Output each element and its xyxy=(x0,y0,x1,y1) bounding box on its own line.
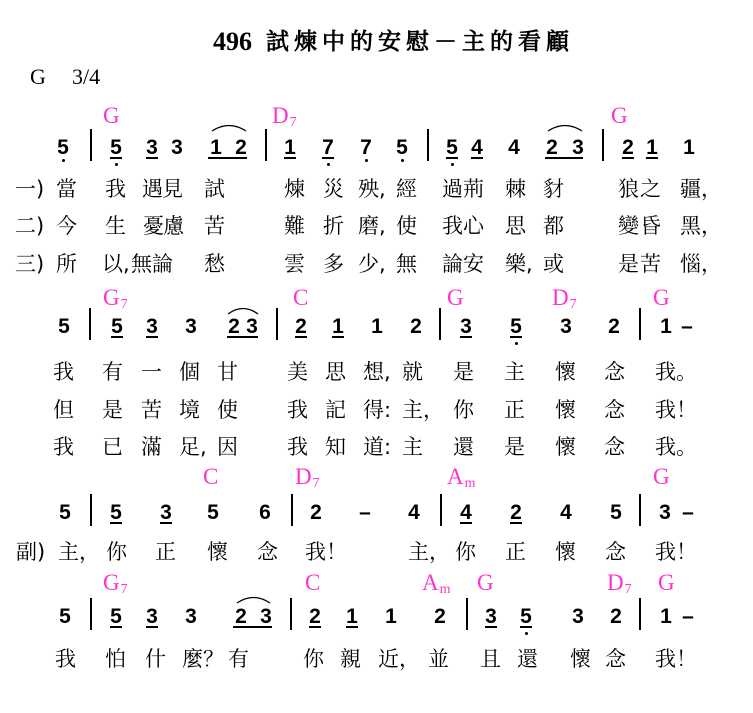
lyric: 慮 xyxy=(163,215,184,237)
lyric: 我 xyxy=(287,436,308,458)
lyric: 一 xyxy=(141,361,162,383)
lyric: 變 xyxy=(618,215,639,237)
chord: D7 xyxy=(607,571,632,598)
lyric: 試 xyxy=(204,178,225,200)
lyric: 已 xyxy=(102,436,123,458)
note: 2 xyxy=(609,606,623,627)
lyric: 懷 xyxy=(555,399,576,421)
note: 2 xyxy=(621,137,635,158)
note: 5 xyxy=(109,137,123,158)
note: 2 xyxy=(433,606,447,627)
chord-root: G xyxy=(477,570,494,595)
note: 7 xyxy=(321,137,335,158)
lyric: 懷 xyxy=(555,436,576,458)
barline xyxy=(439,308,441,340)
note: 2 xyxy=(294,316,308,337)
chord: G7 xyxy=(103,286,128,313)
lyric: 懷 xyxy=(555,541,576,563)
lyric: 以, xyxy=(102,253,130,275)
lyric: 生 xyxy=(105,215,126,237)
chord-root: D xyxy=(607,570,624,595)
note: 5 xyxy=(109,606,123,627)
lyric: 滿 xyxy=(141,436,162,458)
lyric: 無 xyxy=(131,253,152,275)
lyric: 你 xyxy=(303,648,324,670)
chord-root: G xyxy=(653,285,670,310)
note: 1 xyxy=(645,137,659,158)
lyric: 使 xyxy=(217,399,238,421)
lyric: 是 xyxy=(504,436,525,458)
chord: C xyxy=(203,465,219,492)
note: 7 xyxy=(359,137,373,158)
lyric: 或 xyxy=(543,253,564,275)
lyric: 豺 xyxy=(543,178,564,200)
lyric: 正 xyxy=(504,399,525,421)
lyric: 我 xyxy=(442,215,463,237)
lyric: 之 xyxy=(640,178,661,200)
lyric: 主， xyxy=(402,399,444,421)
note: 3 xyxy=(170,137,184,158)
lyric: 念 xyxy=(604,399,625,421)
note: 5 xyxy=(609,502,623,523)
lyric: 你 xyxy=(106,541,127,563)
note: 3 xyxy=(184,606,198,627)
lyric: 苦 xyxy=(204,215,225,237)
lyric: 甘 xyxy=(217,361,238,383)
key-signature: G xyxy=(30,66,46,88)
note: 3 xyxy=(145,137,159,158)
lyric: 主 xyxy=(402,436,423,458)
chord: G xyxy=(477,571,495,598)
barline xyxy=(89,308,91,340)
chord-suffix: m xyxy=(465,476,476,491)
lyric: 思 xyxy=(325,361,346,383)
note: 5 xyxy=(58,606,72,627)
chord-suffix: m xyxy=(440,582,451,597)
lyric: 我 xyxy=(287,399,308,421)
lyric: 災 xyxy=(323,178,344,200)
note: 2 xyxy=(607,316,621,337)
lyric: 遇 xyxy=(142,178,163,200)
barline xyxy=(639,494,641,526)
lyric: 折 xyxy=(323,215,344,237)
slur xyxy=(227,306,259,315)
lyric: 道: xyxy=(363,436,391,458)
lyric: 足, xyxy=(179,436,207,458)
lyric: 是 xyxy=(102,399,123,421)
lyric: 懷 xyxy=(555,361,576,383)
note: 4 xyxy=(459,502,473,523)
barline xyxy=(290,598,292,630)
note: 3 xyxy=(259,606,273,627)
lyric: 我！ xyxy=(655,541,697,563)
lyric: 正 xyxy=(505,541,526,563)
lyric: 境 xyxy=(179,399,200,421)
note: 5 xyxy=(58,502,72,523)
lyric: 親 xyxy=(340,648,361,670)
note: 1 xyxy=(283,137,297,158)
lyric: 我 xyxy=(53,436,74,458)
note: 4 xyxy=(559,502,573,523)
lyric: 愁 xyxy=(204,253,225,275)
lyric: 懷 xyxy=(570,648,591,670)
note: 1 xyxy=(370,316,384,337)
lyric: 主， xyxy=(408,541,450,563)
lyric: 記 xyxy=(325,399,346,421)
lyric: 個 xyxy=(179,361,200,383)
lyric: 荊 xyxy=(463,178,484,200)
chord-root: C xyxy=(305,570,320,595)
lyric: 但 xyxy=(53,399,74,421)
chord-root: D xyxy=(272,103,289,128)
note: 5 xyxy=(395,137,409,158)
note: 2 xyxy=(409,316,423,337)
lyric: 你 xyxy=(455,541,476,563)
lyric: 我！ xyxy=(655,399,697,421)
lyric: 我！ xyxy=(655,648,697,670)
note: 1 xyxy=(659,316,673,337)
lyric: 念 xyxy=(604,361,625,383)
lyric: 還 xyxy=(453,436,474,458)
lyric: 我。 xyxy=(655,436,697,458)
hymn-title-text: 試煉中的安慰－主的看顧 xyxy=(266,29,574,55)
barline xyxy=(602,129,604,161)
chord-root: A xyxy=(447,464,464,489)
score-page: 496試煉中的安慰－主的看顧 G 3/4 G D7 G 5 5 3 3 1 2 … xyxy=(0,0,753,713)
note: 3 xyxy=(184,316,198,337)
chord-suffix: 7 xyxy=(625,582,632,597)
lyric: 懷 xyxy=(207,541,228,563)
note: 1 xyxy=(682,137,696,158)
lyric: 疆， xyxy=(680,178,722,200)
lyric: 苦 xyxy=(640,253,661,275)
note: 2 xyxy=(234,137,248,158)
lyric: 正 xyxy=(155,541,176,563)
lyric: 安 xyxy=(463,253,484,275)
sustain-dash: – xyxy=(681,502,695,523)
verse-label: 副) xyxy=(16,541,45,563)
chord: G xyxy=(611,104,629,131)
lyric: 得: xyxy=(363,399,391,421)
note: 3 xyxy=(658,502,672,523)
barline xyxy=(639,308,641,340)
lyric: 所 xyxy=(56,253,77,275)
barline xyxy=(427,129,429,161)
lyric: 煉 xyxy=(284,178,305,200)
note: 1 xyxy=(384,606,398,627)
note: 2 xyxy=(234,606,248,627)
note: 1 xyxy=(345,606,359,627)
beam xyxy=(208,157,247,159)
lyric: 論 xyxy=(442,253,463,275)
chord-root: G xyxy=(447,285,464,310)
slur xyxy=(211,123,247,132)
chord-suffix: 7 xyxy=(290,115,297,130)
lyric: 苦 xyxy=(141,399,162,421)
note: 2 xyxy=(509,502,523,523)
note: 3 xyxy=(145,606,159,627)
lyric: 多 xyxy=(323,253,344,275)
chord-root: G xyxy=(103,570,120,595)
beam xyxy=(227,336,258,338)
lyric: 怕 xyxy=(105,648,126,670)
lyric: 且 xyxy=(480,648,501,670)
note: 3 xyxy=(459,316,473,337)
note: 1 xyxy=(659,606,673,627)
slur xyxy=(236,595,271,604)
lyric: 難 xyxy=(284,215,305,237)
sustain-dash: – xyxy=(681,606,695,627)
lyric: 殃, xyxy=(358,178,386,200)
lyric: 我 xyxy=(55,648,76,670)
chord: G xyxy=(653,286,671,313)
verse-label: 一) xyxy=(15,178,44,200)
note: 5 xyxy=(57,316,71,337)
note: 3 xyxy=(159,502,173,523)
chord: G7 xyxy=(103,571,128,598)
barline xyxy=(291,494,293,526)
chord-root: A xyxy=(422,570,439,595)
lyric: 憂 xyxy=(143,215,164,237)
beam xyxy=(233,626,272,628)
chord-root: G xyxy=(103,103,120,128)
note: 5 xyxy=(519,606,533,627)
note: 5 xyxy=(56,137,70,158)
note: 6 xyxy=(258,502,272,523)
note: 2 xyxy=(309,502,323,523)
note: 3 xyxy=(145,316,159,337)
lyric: 棘 xyxy=(505,178,526,200)
chord: C xyxy=(305,571,321,598)
barline xyxy=(466,598,468,630)
lyric: 想, xyxy=(363,361,391,383)
lyric: 美 xyxy=(287,361,308,383)
note: 4 xyxy=(507,137,521,158)
chord: G xyxy=(447,286,465,313)
chord-suffix: 7 xyxy=(121,297,128,312)
verse-label: 二) xyxy=(15,215,44,237)
chord-root: D xyxy=(552,285,569,310)
lyric: 狼 xyxy=(618,178,639,200)
note: 3 xyxy=(571,606,585,627)
lyric: 當 xyxy=(56,178,77,200)
lyric: 使 xyxy=(396,215,417,237)
chord: C xyxy=(293,286,309,313)
lyric: 昏 xyxy=(640,215,661,237)
note: 2 xyxy=(545,137,559,158)
note: 3 xyxy=(245,316,259,337)
note: 3 xyxy=(571,137,585,158)
lyric: 有 xyxy=(228,648,249,670)
lyric: 什 xyxy=(145,648,166,670)
lyric: 有 xyxy=(102,361,123,383)
note: 4 xyxy=(407,502,421,523)
lyric: 念 xyxy=(604,436,625,458)
beam xyxy=(545,157,583,159)
note: 1 xyxy=(331,316,345,337)
time-signature: 3/4 xyxy=(72,66,100,88)
note: 1 xyxy=(209,137,223,158)
sustain-dash: – xyxy=(358,502,372,523)
lyric: 今 xyxy=(56,215,77,237)
chord: D7 xyxy=(272,104,297,131)
lyric: 思 xyxy=(505,215,526,237)
lyric: 雲 xyxy=(284,253,305,275)
lyric: 是 xyxy=(453,361,474,383)
barline xyxy=(276,308,278,340)
note: 5 xyxy=(110,316,124,337)
verse-label: 三) xyxy=(15,253,44,275)
chord: D7 xyxy=(295,465,320,492)
chord-root: G xyxy=(653,464,670,489)
note: 3 xyxy=(484,606,498,627)
barline xyxy=(90,494,92,526)
chord: Am xyxy=(422,571,451,598)
lyric: 麼？ xyxy=(182,648,224,670)
note: 5 xyxy=(109,502,123,523)
lyric: 主， xyxy=(58,541,100,563)
chord-suffix: 7 xyxy=(121,582,128,597)
chord: G xyxy=(103,104,121,131)
hymn-title: 496試煉中的安慰－主的看顧 xyxy=(213,28,574,56)
chord-root: G xyxy=(611,103,628,128)
chord-root: G xyxy=(658,570,675,595)
lyric: 我 xyxy=(105,178,126,200)
lyric: 樂, xyxy=(505,253,533,275)
barline xyxy=(440,494,442,526)
chord-root: G xyxy=(103,285,120,310)
lyric: 黑， xyxy=(680,215,722,237)
chord-suffix: 7 xyxy=(313,476,320,491)
chord-root: C xyxy=(293,285,308,310)
lyric: 惱， xyxy=(680,253,722,275)
lyric: 無 xyxy=(396,253,417,275)
barline xyxy=(90,129,92,161)
chord: D7 xyxy=(552,286,577,313)
lyric: 我。 xyxy=(655,361,697,383)
lyric: 知 xyxy=(325,436,346,458)
note: 5 xyxy=(206,502,220,523)
lyric: 並 xyxy=(428,648,449,670)
note: 5 xyxy=(445,137,459,158)
barline xyxy=(265,129,267,161)
chord-suffix: 7 xyxy=(570,297,577,312)
lyric: 論 xyxy=(152,253,173,275)
note: 2 xyxy=(308,606,322,627)
lyric: 還 xyxy=(517,648,538,670)
note: 4 xyxy=(470,137,484,158)
chord: G xyxy=(658,571,676,598)
lyric: 就 xyxy=(402,361,423,383)
lyric: 都 xyxy=(543,215,564,237)
note: 2 xyxy=(227,316,241,337)
lyric: 念 xyxy=(605,541,626,563)
lyric: 因 xyxy=(217,436,238,458)
note: 5 xyxy=(509,316,523,337)
lyric: 經 xyxy=(396,178,417,200)
lyric: 心 xyxy=(463,215,484,237)
lyric: 過 xyxy=(442,178,463,200)
chord: G xyxy=(653,465,671,492)
chord-root: C xyxy=(203,464,218,489)
lyric: 你 xyxy=(453,399,474,421)
lyric: 是 xyxy=(618,253,639,275)
lyric: 近， xyxy=(378,648,420,670)
lyric: 我！ xyxy=(305,541,347,563)
slur xyxy=(547,123,583,132)
lyric: 念 xyxy=(605,648,626,670)
barline xyxy=(639,598,641,630)
lyric: 我 xyxy=(53,361,74,383)
lyric: 念 xyxy=(257,541,278,563)
barline xyxy=(90,598,92,630)
lyric: 主 xyxy=(504,361,525,383)
hymn-number: 496 xyxy=(213,27,252,56)
note: 3 xyxy=(559,316,573,337)
chord: Am xyxy=(447,465,476,492)
lyric: 少, xyxy=(358,253,386,275)
chord-root: D xyxy=(295,464,312,489)
lyric: 見 xyxy=(162,178,183,200)
lyric: 磨, xyxy=(358,215,386,237)
sustain-dash: – xyxy=(680,316,694,337)
